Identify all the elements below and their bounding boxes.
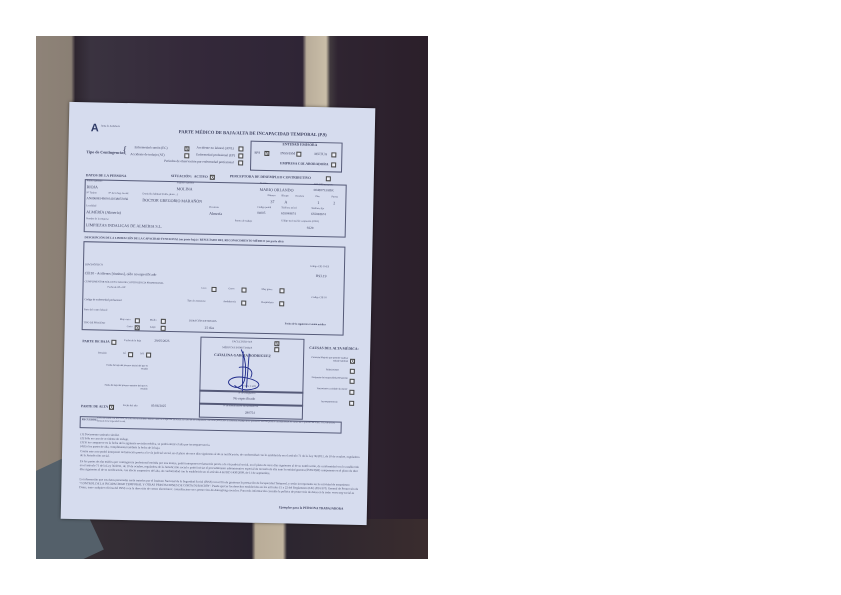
unemployed-checkbox[interactable] [326, 176, 331, 181]
footer-copy-label: Ejemplar para la PERSONA TRABAJADORA [279, 506, 343, 511]
process-muycorto-checkbox[interactable] [135, 318, 140, 323]
junta-logo-icon: A [91, 122, 99, 134]
org-name: Junta de Andalucía [101, 126, 120, 129]
duration-label: DURACIÓN ESTIMADA [189, 320, 217, 323]
severity-leve-label: Leve [201, 288, 206, 291]
cause-cure-label: Curación/Mejoría que permite realizar tr… [310, 357, 348, 363]
mobile-value: 655048674 [281, 212, 296, 216]
assistance-ambulatory-checkbox[interactable] [241, 300, 246, 305]
alta-checkbox[interactable]: X [109, 405, 114, 410]
active-label: ACTIVO [194, 175, 208, 179]
entity-mutua-label: MUTUA [314, 153, 327, 157]
assistance-hospital-label: Hospitalaria [261, 302, 273, 305]
person-section-title: DATOS DE LA PERSONA [86, 174, 127, 179]
prev-date-label: Fecha de baja del proceso inicial del qu… [102, 365, 148, 371]
at-date-label: Fecha de AT o EP [107, 287, 125, 290]
brace: { [122, 145, 127, 156]
cause-noshow-label: Incomparecencia [321, 401, 337, 404]
relapse-yes-label: SÍ [123, 353, 125, 356]
block-value: A [284, 200, 287, 204]
baja-date-value: 29/05/2025 [154, 340, 169, 344]
contingency-ep-checkbox[interactable] [238, 153, 243, 158]
cause-death-label: Fallecimiento [326, 369, 339, 372]
contingency-anl-checkbox[interactable] [238, 146, 243, 151]
ss-value: 041038057056 [108, 198, 128, 202]
signature-icon [220, 347, 269, 398]
locality-value: ALMERÍA (Almería) [86, 210, 121, 215]
province-value: Almería [209, 212, 222, 217]
cause-noshow-checkbox[interactable] [349, 401, 354, 406]
assistance-ambulatory-label: Ambulatoria [223, 301, 236, 304]
field-label: DNI/NIE/pasaporte [314, 184, 334, 187]
field-label: Nº de la Seg. Social [108, 193, 128, 196]
alta-date-label: Fecha del alta [123, 405, 137, 408]
witness-label: Parte del centro laboral [84, 309, 107, 312]
field-label: Puesto de trabajo [235, 220, 252, 223]
baja-label: PARTE DE BAJA [82, 340, 109, 344]
cause-permanent-checkbox[interactable] [350, 379, 355, 384]
relapse-no-label: NO [140, 353, 144, 356]
code-value: H93.19 [316, 275, 327, 279]
contingency-obs-label: Periodos de observación por enfermedad p… [164, 160, 234, 165]
contingency-anl-label: Accidente no laboral (ANL) [196, 147, 233, 151]
cause-death-checkbox[interactable] [350, 369, 355, 374]
cause-birth-label: Nacimiento y cuidado de menor [309, 388, 347, 391]
field-label: Teléfono fijo [311, 208, 324, 211]
name-value: MARIO ORLANDO [260, 188, 294, 193]
card-value: AN0968814909 [86, 197, 107, 201]
process-label: TIPO DE PROCESO [84, 322, 105, 325]
field-label: Nombre [260, 183, 268, 186]
contingency-at-label: Accidente de trabajo (AT) [130, 153, 164, 157]
field-label: Puerta [331, 196, 337, 199]
field-label: Nombre de la empresa [86, 218, 109, 221]
doctor-role2-checkbox[interactable] [274, 347, 279, 352]
contingency-ec-label: Enfermedad común (EC) [134, 146, 167, 150]
assistance-label: Tipo de asistencia: [187, 300, 206, 303]
process-corto-label: Corto [127, 326, 133, 329]
severity-muygrave-checkbox[interactable] [279, 288, 284, 293]
process-muycorto-label: Muy corto [120, 319, 131, 322]
cause-permanent-label: Propuesta de incapacidad permanente [310, 377, 348, 380]
relapse-no-checkbox[interactable] [146, 353, 151, 358]
entity-empresa-checkbox[interactable] [331, 162, 336, 167]
doctor-role1-label: FACULTATIVO/A [232, 341, 252, 344]
code-label: Código CIE-10-ES [310, 266, 329, 269]
process-largo-checkbox[interactable] [161, 326, 166, 331]
process-corto-checkbox[interactable]: X [135, 325, 140, 330]
contingency-at-checkbox[interactable] [184, 153, 189, 158]
doctor-role1-checkbox[interactable]: X [274, 341, 279, 346]
contingency-obs-checkbox[interactable] [238, 160, 243, 165]
postal-value: 04005 [257, 212, 265, 216]
baja-date-label: Fecha de la baja [124, 340, 141, 343]
alta-date-value: 05/06/2025 [151, 405, 166, 409]
assistance-hospital-checkbox[interactable] [279, 301, 284, 306]
active-checkbox[interactable]: X [210, 175, 215, 180]
severity-grave-checkbox[interactable] [241, 287, 246, 292]
first-surname-value: RIOJA [87, 185, 98, 190]
relapse-yes-checkbox[interactable] [128, 352, 133, 357]
id-value: 280754 [245, 412, 255, 416]
baja-checkbox[interactable] [111, 340, 116, 345]
cno-value: 9229 [307, 227, 314, 231]
field-label: Localidad [86, 205, 96, 208]
dni-value: 00488753ABK [314, 189, 334, 193]
field-label: Piso [315, 196, 319, 199]
field-label: Bloque [281, 195, 288, 198]
field-label: Número [267, 195, 275, 198]
second-surname-value: MOLINA [177, 187, 193, 192]
field-label: Primer apellido [87, 180, 103, 183]
unemployed-label: PERCEPTORA DE DESEMPLEO CONTRIBUTIVO [230, 175, 311, 181]
prev-date2-label: Fecha de baja del proceso anterior del q… [97, 384, 147, 390]
cie-code-label: Código CIE-10 [311, 297, 326, 300]
contingency-label: Tipo de Contingencia: [86, 150, 124, 155]
situation-label: SITUACIÓN: [171, 175, 192, 179]
cause-cure-checkbox[interactable]: X [350, 359, 355, 364]
reminder-label: RECUERDE: [82, 419, 98, 422]
field-label: Escalera [295, 196, 304, 199]
process-largo-label: Largo [150, 327, 156, 330]
field-label: Teléfono móvil [281, 207, 296, 210]
diagnosis-label: DIAGNÓSTICO [85, 264, 103, 267]
entity-sps-checkbox[interactable]: X [264, 151, 269, 156]
door-value: 2 [333, 201, 335, 205]
contingency-ec-checkbox[interactable]: X [184, 146, 189, 151]
collegiate-value: No especificado [233, 397, 255, 401]
entity-mutua-checkbox[interactable] [331, 152, 336, 157]
alta-label: PARTE DE ALTA [81, 405, 108, 409]
severity-grave-label: Grave [228, 288, 234, 291]
contingency-ep-label: Enfermedad profesional (EP) [196, 154, 235, 158]
process-medio-label: Medio [150, 320, 157, 323]
field-label: Nº Tarjeta [86, 192, 96, 195]
severity-leve-checkbox[interactable] [211, 287, 216, 292]
cause-birth-checkbox[interactable] [349, 390, 354, 395]
severity-muygrave-label: Muy grave [261, 289, 272, 292]
form-title: PARTE MÉDICO DE BAJA/ALTA DE INCAPACIDAD… [179, 129, 327, 137]
floor-value: 1 [317, 201, 319, 205]
number-value: 37 [270, 200, 274, 204]
entity-sps-label: SPS [254, 152, 260, 156]
field-label: Código postal [257, 207, 271, 210]
discharge-title: CAUSAS DEL ALTA MÉDICA: [309, 347, 359, 352]
relapse-label: Recaída [98, 352, 106, 355]
phone-value: 655048674 [311, 213, 326, 217]
field-label: Segundo apellido [177, 182, 194, 185]
process-medio-checkbox[interactable] [161, 319, 166, 324]
entity-inss-label: INSS/ISM [280, 152, 295, 156]
entity-title: ENTIDAD EMISORA [282, 143, 317, 148]
duration-value: 25 días [205, 327, 215, 331]
field-label: Provincia [209, 207, 219, 210]
note: La información que sus datos personales … [79, 477, 359, 495]
entity-inss-checkbox[interactable] [296, 152, 301, 157]
medical-leave-form: A Junta de Andalucía PARTE MÉDICO DE BAJ… [61, 102, 376, 525]
